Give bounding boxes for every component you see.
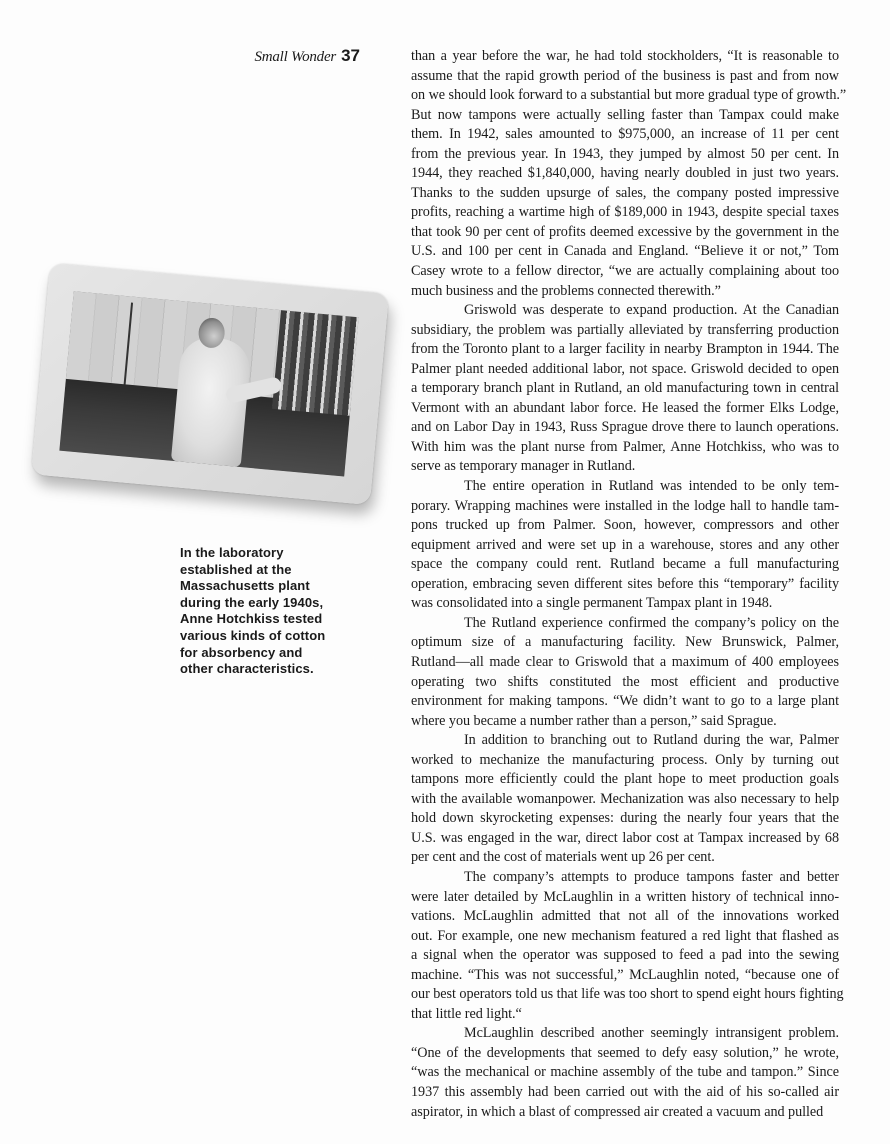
laboratory-photo [59,291,358,476]
body-line: 1944, they reached $1,840,000, having ne… [411,164,839,184]
page-number: 37 [341,46,360,65]
body-line: The entire operation in Rutland was inte… [411,477,839,497]
body-line: vations. McLaughlin admitted that not al… [411,907,839,927]
body-line: than a year before the war, he had told … [411,47,839,67]
body-line: McLaughlin described another seemingly i… [411,1024,839,1044]
body-line: Griswold was desperate to expand product… [411,301,839,321]
caption-line: various kinds of cotton [180,628,355,645]
body-line: Thanks to the sudden upsurge of sales, t… [411,184,839,204]
body-line: that took 90 per cent of profits deemed … [411,223,839,243]
body-line: hold down skyrocketing expenses: during … [411,809,839,829]
running-head: Small Wonder37 [248,46,360,66]
body-line: them. In 1942, sales amounted to $975,00… [411,125,839,145]
body-line: The company’s attempts to produce tampon… [411,868,839,888]
body-line: Casey wrote to a fellow director, “we ar… [411,262,839,282]
body-line: worked to mechanize the manufacturing pr… [411,751,839,771]
body-line: aspirator, in which a blast of compresse… [411,1103,839,1123]
body-text-column: than a year before the war, he had told … [411,47,839,1122]
body-line: space the company could rent. Rutland be… [411,555,839,575]
body-line: In addition to branching out to Rutland … [411,731,839,751]
caption-line: other characteristics. [180,661,355,678]
body-paragraph: than a year before the war, he had told … [411,47,839,301]
body-line: on we should look forward to a substanti… [411,86,839,106]
body-line: tampons more efficiently could the plant… [411,770,839,790]
body-paragraph: The entire operation in Rutland was inte… [411,477,839,614]
body-line: “was the mechanical or machine assembly … [411,1063,839,1083]
caption-line: In the laboratory [180,545,355,562]
body-line: But now tampons were actually selling fa… [411,106,839,126]
body-line: out. For example, one new mechanism feat… [411,927,839,947]
body-line: Rutland—all made clear to Griswold that … [411,653,839,673]
body-line: per cent and the cost of materials went … [411,848,839,868]
body-line: The Rutland experience confirmed the com… [411,614,839,634]
body-line: U.S. was engaged in the war, direct labo… [411,829,839,849]
body-line: profits, reaching a wartime high of $189… [411,203,839,223]
body-line: pons trucked up from Palmer. Soon, howev… [411,516,839,536]
caption-line: established at the [180,562,355,579]
body-line: our best operators told us that life was… [411,985,839,1005]
body-line: operating two shifts constituted the mos… [411,673,839,693]
body-line: a signal when the operator was supposed … [411,946,839,966]
body-line: assume that the rapid growth period of t… [411,67,839,87]
running-head-title: Small Wonder [254,49,336,65]
body-paragraph: McLaughlin described another seemingly i… [411,1024,839,1122]
body-line: and on Labor Day in 1943, Russ Sprague d… [411,418,839,438]
caption-line: during the early 1940s, [180,595,355,612]
body-line: Palmer plant needed additional labor, no… [411,360,839,380]
caption-line: for absorbency and [180,645,355,662]
body-line: that little red light.“ [411,1005,839,1025]
photo-caption: In the laboratory established at the Mas… [180,545,355,678]
caption-line: Anne Hotchkiss tested [180,611,355,628]
body-line: 1937 this assembly had been carried out … [411,1083,839,1103]
caption-line: Massachusetts plant [180,578,355,595]
body-line: serve as temporary manager in Rutland. [411,457,839,477]
body-line: was consolidated into a single permanent… [411,594,839,614]
body-line: subsidiary, the problem was partially al… [411,321,839,341]
body-paragraph: The Rutland experience confirmed the com… [411,614,839,731]
body-line: were later detailed by McLaughlin in a w… [411,888,839,908]
body-line: optimum size of a manufacturing facility… [411,633,839,653]
body-paragraph: The company’s attempts to produce tampon… [411,868,839,1024]
body-line: a temporary branch plant in Rutland, an … [411,379,839,399]
photo-figure [31,263,389,505]
body-line: from the previous year. In 1943, they ju… [411,145,839,165]
body-paragraph: Griswold was desperate to expand product… [411,301,839,477]
body-line: porary. Wrapping machines were installed… [411,497,839,517]
body-line: Vermont with an abundant labor force. He… [411,399,839,419]
body-line: much business and the problems connected… [411,282,839,302]
body-line: machine. “This was not successful,” McLa… [411,966,839,986]
body-line: with the available womanpower. Mechaniza… [411,790,839,810]
body-line: “One of the developments that seemed to … [411,1044,839,1064]
body-line: where you became a number rather than a … [411,712,839,732]
body-line: operation, embracing seven different sit… [411,575,839,595]
body-paragraph: In addition to branching out to Rutland … [411,731,839,868]
body-line: from the Toronto plant to a larger facil… [411,340,839,360]
body-line: With him was the plant nurse from Palmer… [411,438,839,458]
photo-burette-rack [272,310,359,416]
body-line: environment for making tampons. “We didn… [411,692,839,712]
body-line: equipment arrived and were set up in a w… [411,536,839,556]
body-line: U.S. and 100 per cent in Canada and Engl… [411,242,839,262]
